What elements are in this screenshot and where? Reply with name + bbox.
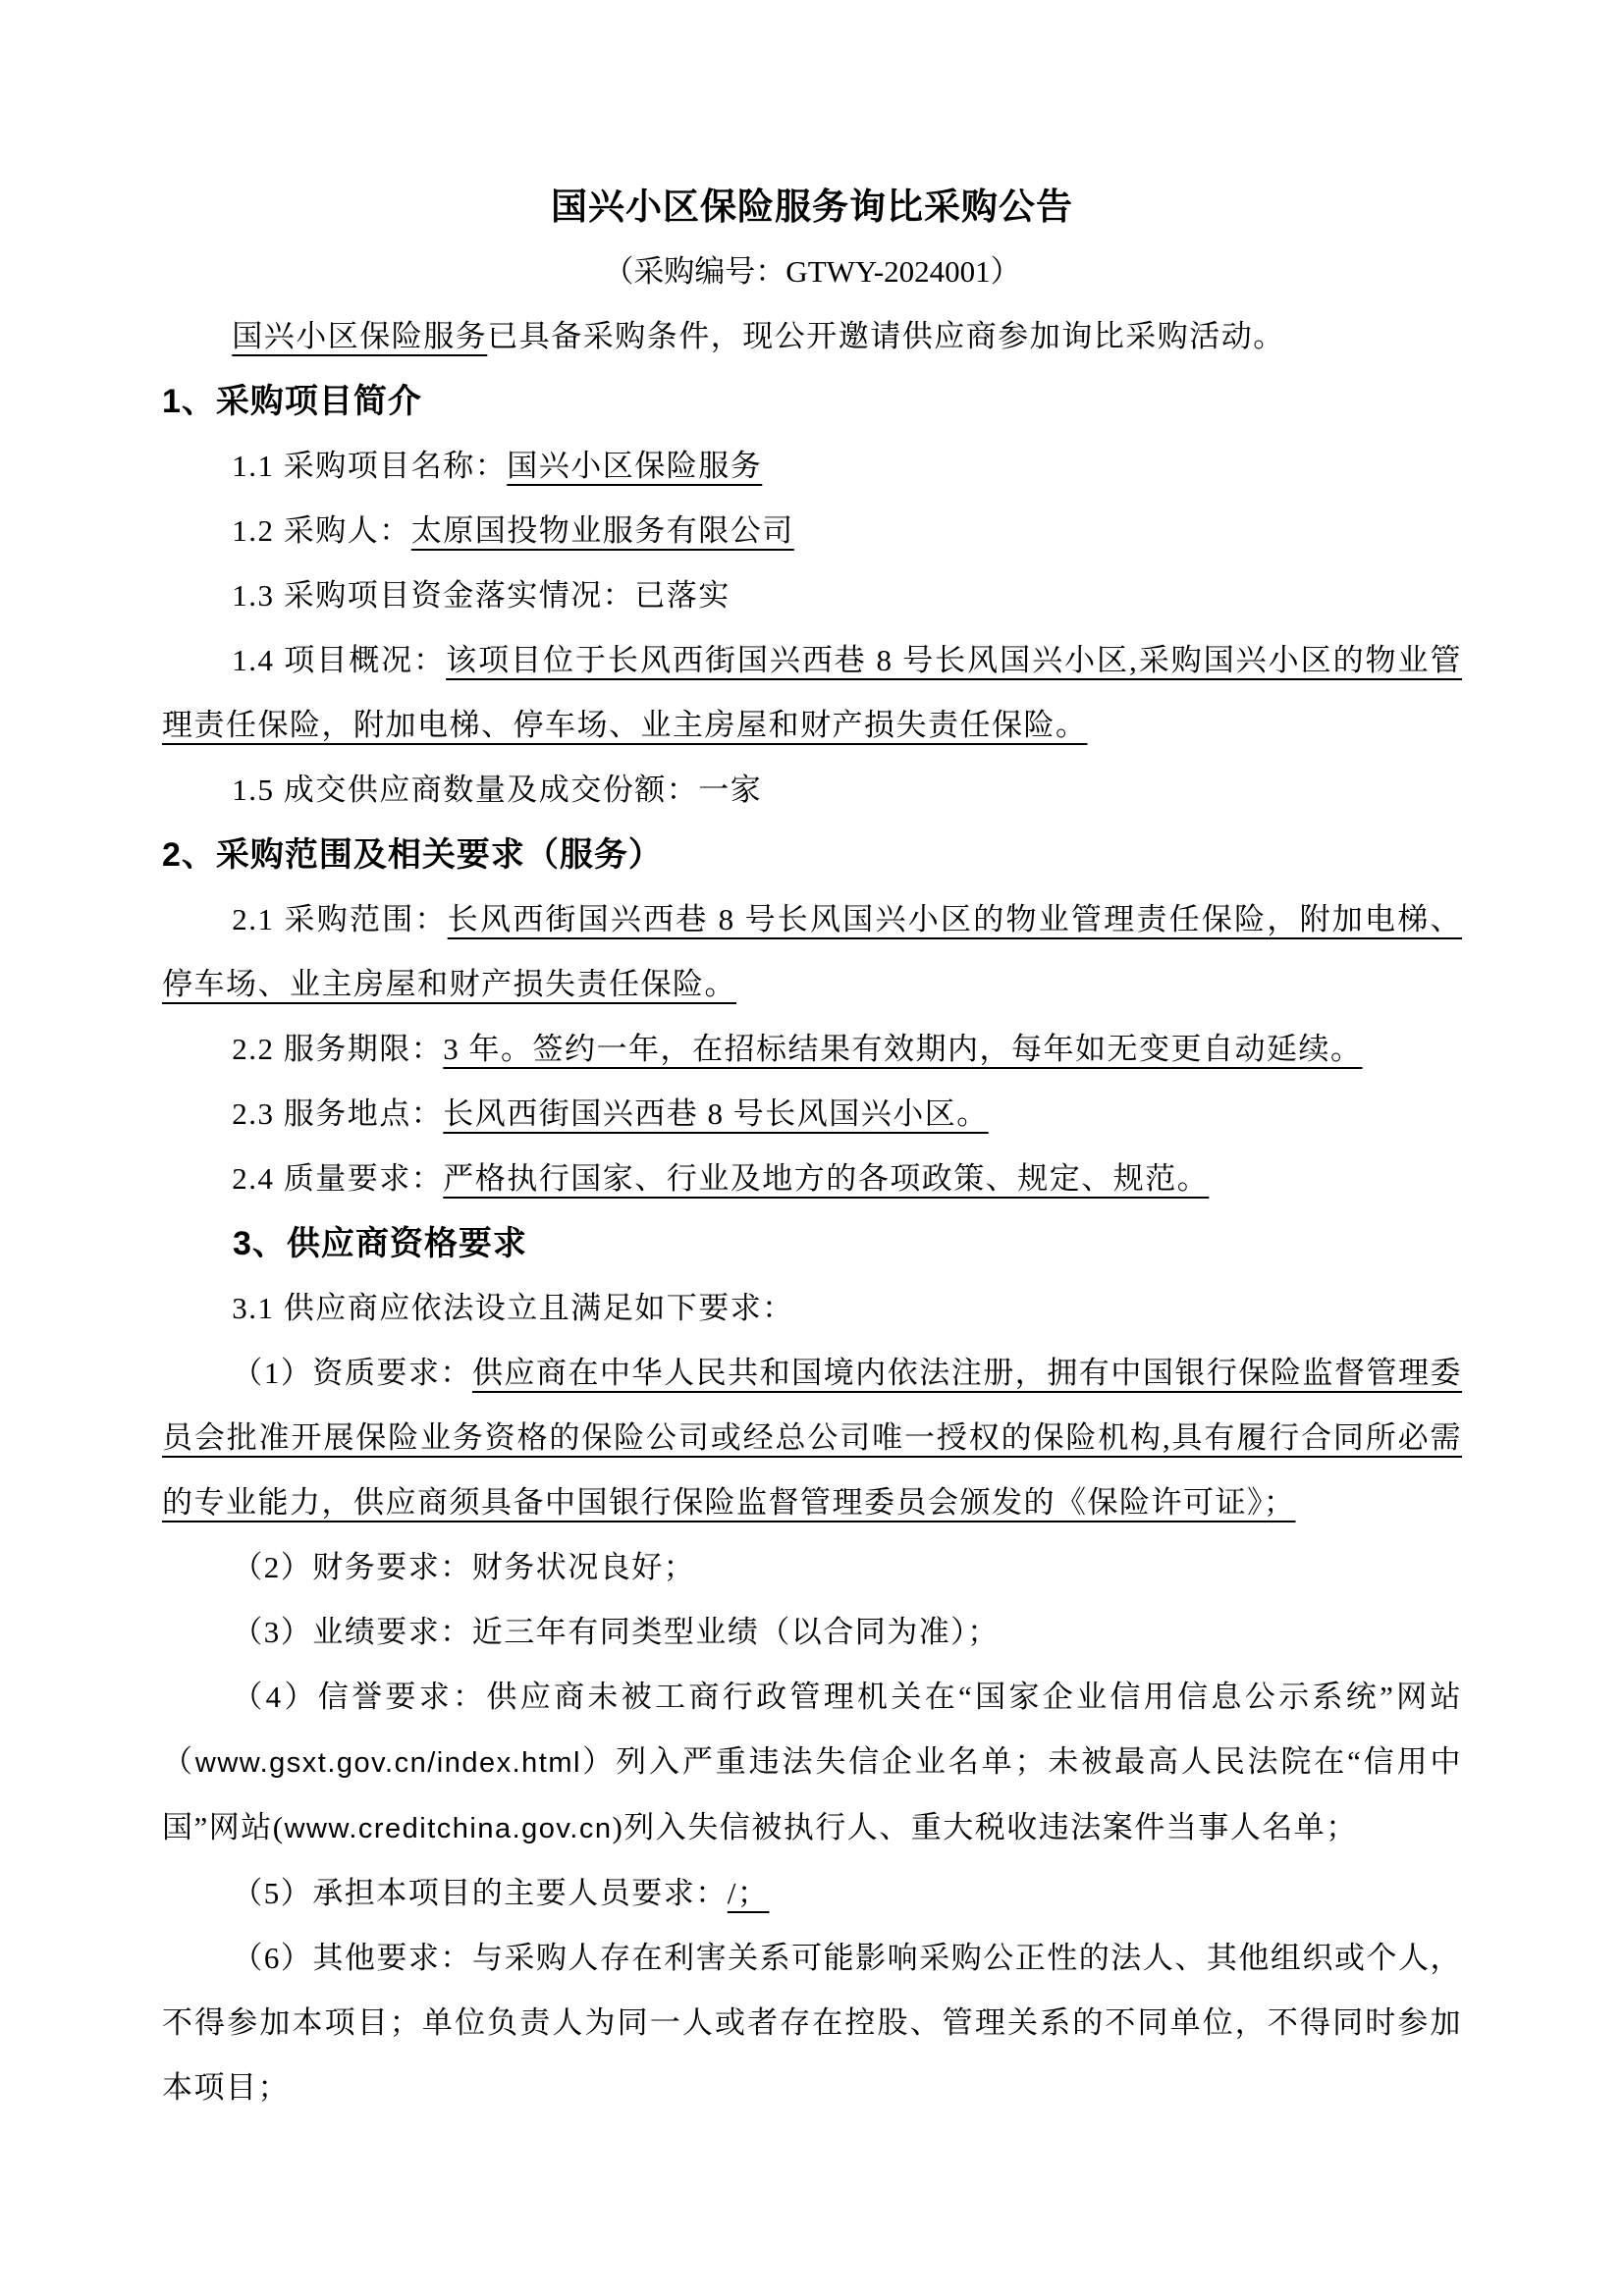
section-2-heading: 2、采购范围及相关要求（服务） xyxy=(162,823,1462,887)
underlined-value: 国兴小区保险服务 xyxy=(507,449,762,483)
item-1-4: 1.4 项目概况：该项目位于长风西街国兴西巷 8 号长风国兴小区,采购国兴小区的… xyxy=(162,628,1462,758)
item-3-1-4: （4）信誉要求：供应商未被工商行政管理机关在“国家企业信用信息公示系统”网站（w… xyxy=(162,1665,1462,1861)
text-segment: （2）财务要求：财务状况良好； xyxy=(232,1550,695,1584)
item-1-5: 1.5 成交供应商数量及成交份额：一家 xyxy=(162,758,1462,823)
text-segment: 2.1 采购范围： xyxy=(232,902,447,936)
document-body: 国兴小区保险服务已具备采购条件，现公开邀请供应商参加询比采购活动。1、采购项目简… xyxy=(162,304,1462,2120)
document-page: 国兴小区保险服务询比采购公告 （采购编号：GTWY-2024001） 国兴小区保… xyxy=(0,0,1624,2296)
url-text: www.creditchina.gov.cn xyxy=(285,1813,613,1844)
item-2-1: 2.1 采购范围：长风西街国兴西巷 8 号长风国兴小区的物业管理责任保险，附加电… xyxy=(162,887,1462,1017)
item-3-1-2: （2）财务要求：财务状况良好； xyxy=(162,1535,1462,1600)
section-3-heading: 3、供应商资格要求 xyxy=(162,1211,1462,1276)
item-3-1-5: （5）承担本项目的主要人员要求：/； xyxy=(162,1861,1462,1926)
text-segment: 1.1 采购项目名称： xyxy=(232,449,507,483)
text-segment: （1）资质要求： xyxy=(232,1356,472,1390)
item-3-1-1: （1）资质要求：供应商在中华人民共和国境内依法注册，拥有中国银行保险监督管理委员… xyxy=(162,1341,1462,1535)
item-1-2: 1.2 采购人：太原国投物业服务有限公司 xyxy=(162,499,1462,563)
text-segment: 已具备采购条件，现公开邀请供应商参加询比采购活动。 xyxy=(487,319,1285,353)
item-3-1-3: （3）业绩要求：近三年有同类型业绩（以合同为准）； xyxy=(162,1600,1462,1665)
text-segment: 2.3 服务地点： xyxy=(232,1096,443,1131)
underlined-value: 严格执行国家、行业及地方的各项政策、规定、规范。 xyxy=(443,1161,1209,1196)
text-segment: 1.3 采购项目资金落实情况：已落实 xyxy=(232,578,731,613)
text-segment: （6）其他要求：与采购人存在利害关系可能影响采购公正性的法人、其他组织或个人，不… xyxy=(162,1941,1462,2105)
text-segment: 3.1 供应商应依法设立且满足如下要求： xyxy=(232,1291,794,1325)
procurement-number: （采购编号：GTWY-2024001） xyxy=(162,240,1462,304)
text-segment: （5）承担本项目的主要人员要求： xyxy=(232,1876,728,1910)
underlined-value: 太原国投物业服务有限公司 xyxy=(411,513,794,548)
item-2-2: 2.2 服务期限：3 年。签约一年，在招标结果有效期内，每年如无变更自动延续。 xyxy=(162,1017,1462,1082)
item-2-3: 2.3 服务地点：长风西街国兴西巷 8 号长风国兴小区。 xyxy=(162,1082,1462,1147)
underlined-value: 3 年。签约一年，在招标结果有效期内，每年如无变更自动延续。 xyxy=(443,1032,1362,1066)
item-3-1: 3.1 供应商应依法设立且满足如下要求： xyxy=(162,1276,1462,1341)
text-segment: （3）业绩要求：近三年有同类型业绩（以合同为准）； xyxy=(232,1615,1000,1649)
page-title: 国兴小区保险服务询比采购公告 xyxy=(162,175,1462,240)
text-segment: 1.5 成交供应商数量及成交份额：一家 xyxy=(232,773,762,807)
underlined-value: /； xyxy=(728,1876,770,1910)
text-segment: 1.2 采购人： xyxy=(232,513,411,548)
text-segment: 2.2 服务期限： xyxy=(232,1032,443,1066)
text-segment: 1.4 项目概况： xyxy=(232,643,446,677)
intro-paragraph: 国兴小区保险服务已具备采购条件，现公开邀请供应商参加询比采购活动。 xyxy=(162,304,1462,369)
item-3-1-6: （6）其他要求：与采购人存在利害关系可能影响采购公正性的法人、其他组织或个人，不… xyxy=(162,1926,1462,2120)
text-segment: )列入失信被执行人、重大税收违法案件当事人名单； xyxy=(612,1810,1357,1844)
item-1-3: 1.3 采购项目资金落实情况：已落实 xyxy=(162,563,1462,628)
underlined-value: 长风西街国兴西巷 8 号长风国兴小区。 xyxy=(443,1096,989,1131)
text-segment: 2.4 质量要求： xyxy=(232,1161,443,1196)
item-2-4: 2.4 质量要求：严格执行国家、行业及地方的各项政策、规定、规范。 xyxy=(162,1147,1462,1211)
item-1-1: 1.1 采购项目名称：国兴小区保险服务 xyxy=(162,434,1462,499)
underlined-value: 国兴小区保险服务 xyxy=(232,319,487,353)
section-1-heading: 1、采购项目简介 xyxy=(162,369,1462,434)
url-text: www.gsxt.gov.cn/index.html xyxy=(195,1747,581,1779)
